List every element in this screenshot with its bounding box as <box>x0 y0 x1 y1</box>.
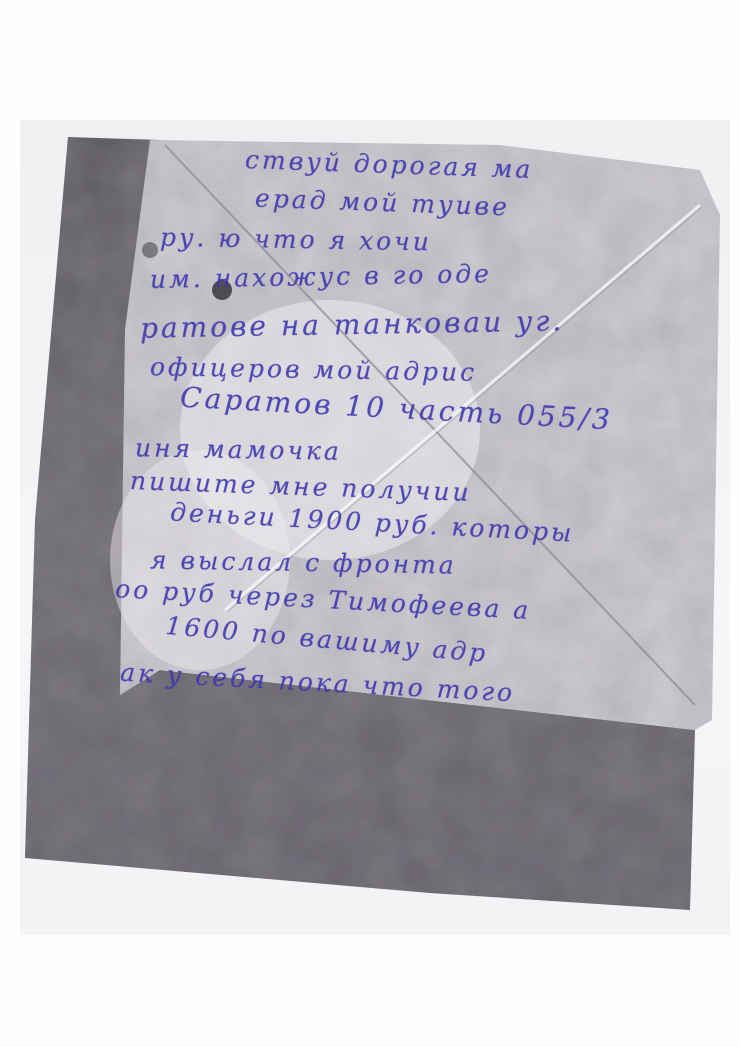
letter-line-3: ру. ю что я хочи <box>160 223 432 257</box>
letter-line-11: я выслал с фронта <box>150 545 457 579</box>
letter-line-4: им. нахожус в го оде <box>150 259 492 294</box>
letter-line-8: иня мамочка <box>135 433 342 466</box>
